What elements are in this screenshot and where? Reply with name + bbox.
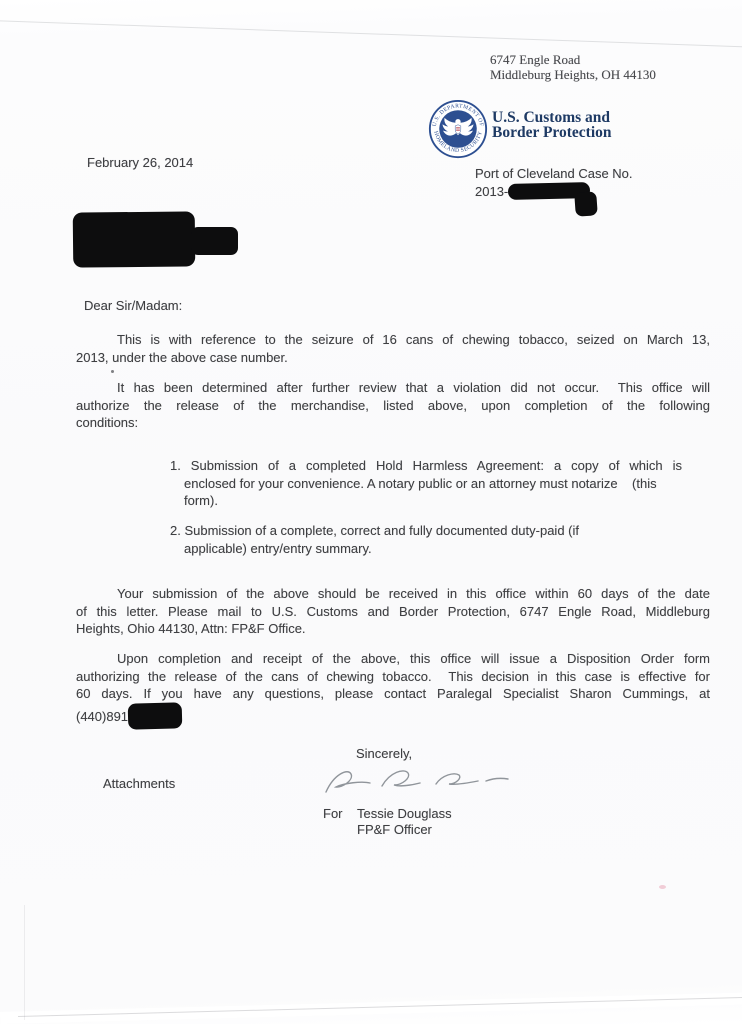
paragraph-4: Upon completion and receipt of the above… — [76, 650, 710, 720]
paragraph-3-line: of this letter. Please mail to U.S. Cust… — [76, 603, 710, 621]
list-item-1-line: 1. Submission of a completed Hold Harmle… — [170, 457, 682, 475]
scan-speck — [659, 885, 666, 889]
redaction-phone-number — [128, 702, 183, 729]
redaction-recipient-address-bump — [191, 227, 238, 255]
redaction-recipient-address — [73, 211, 196, 267]
paragraph-4-line: 60 days. If you have any questions, plea… — [76, 685, 710, 703]
return-address: 6747 Engle Road Middleburg Heights, OH 4… — [490, 52, 656, 82]
paragraph-4-line: authorizing the release of the cans of c… — [76, 668, 710, 686]
signer-for-label: For — [323, 805, 343, 823]
attachments-label: Attachments — [103, 775, 175, 793]
list-item-2-line: 2. Submission of a complete, correct and… — [170, 522, 682, 540]
agency-wordmark: U.S. Customs and Border Protection — [492, 110, 612, 140]
redaction-case-number-bump — [574, 191, 598, 216]
paragraph-2: It has been determined after further rev… — [76, 379, 710, 432]
case-label: Port of Cleveland Case No. — [475, 165, 665, 183]
paragraph-3: Your submission of the above should be r… — [76, 585, 710, 638]
signer-name: Tessie Douglass — [357, 805, 452, 823]
letter-date: February 26, 2014 — [87, 154, 193, 172]
paragraph-4-line: Upon completion and receipt of the above… — [76, 650, 710, 668]
scan-edge-top — [0, 20, 742, 48]
list-item-1-line: form). — [170, 492, 682, 510]
signer-title: FP&F Officer — [357, 821, 432, 839]
salutation: Dear Sir/Madam: — [84, 297, 182, 315]
agency-name-line2: Border Protection — [492, 125, 612, 140]
scan-stray-dot — [111, 370, 114, 373]
list-item-2: 2. Submission of a complete, correct and… — [170, 522, 682, 557]
return-address-line1: 6747 Engle Road — [490, 52, 656, 67]
paragraph-2-line: authorize the release of the merchandise… — [76, 397, 710, 415]
seal-shield-icon — [455, 125, 461, 134]
scanned-letter-page: 6747 Engle Road Middleburg Heights, OH 4… — [0, 0, 742, 1024]
case-number-prefix: 2013- — [475, 184, 508, 199]
scan-edge-left — [24, 905, 25, 1020]
paragraph-4-phone-line: (440)891 — [76, 703, 710, 721]
list-item-2-line: applicable) entry/entry summary. — [170, 540, 682, 558]
paragraph-1-line: This is with reference to the seizure of… — [76, 331, 710, 349]
phone-number-unit: (440)891 — [76, 709, 182, 724]
agency-name-line1: U.S. Customs and — [492, 110, 612, 125]
handwritten-signature — [318, 760, 518, 802]
paragraph-2-line: It has been determined after further rev… — [76, 379, 710, 397]
dhs-seal-icon: U.S. DEPARTMENT OF HOMELAND SECURITY — [428, 99, 488, 159]
case-number-line: 2013- — [475, 183, 665, 201]
paragraph-2-line: conditions: — [76, 414, 710, 432]
return-address-line2: Middleburg Heights, OH 44130 — [490, 67, 656, 82]
list-item-1: 1. Submission of a completed Hold Harmle… — [170, 457, 682, 510]
phone-number-visible: (440)891 — [76, 709, 128, 724]
paragraph-3-line: Your submission of the above should be r… — [76, 585, 710, 603]
paragraph-1: This is with reference to the seizure of… — [76, 331, 710, 366]
paragraph-3-line: Heights, Ohio 44130, Attn: FP&F Office. — [76, 620, 710, 638]
scan-background-bottom — [0, 993, 742, 1024]
case-number-block: Port of Cleveland Case No. 2013- — [475, 165, 665, 201]
list-item-1-line: enclosed for your convenience. A notary … — [170, 475, 682, 493]
paragraph-1-line: 2013, under the above case number. — [76, 349, 710, 367]
